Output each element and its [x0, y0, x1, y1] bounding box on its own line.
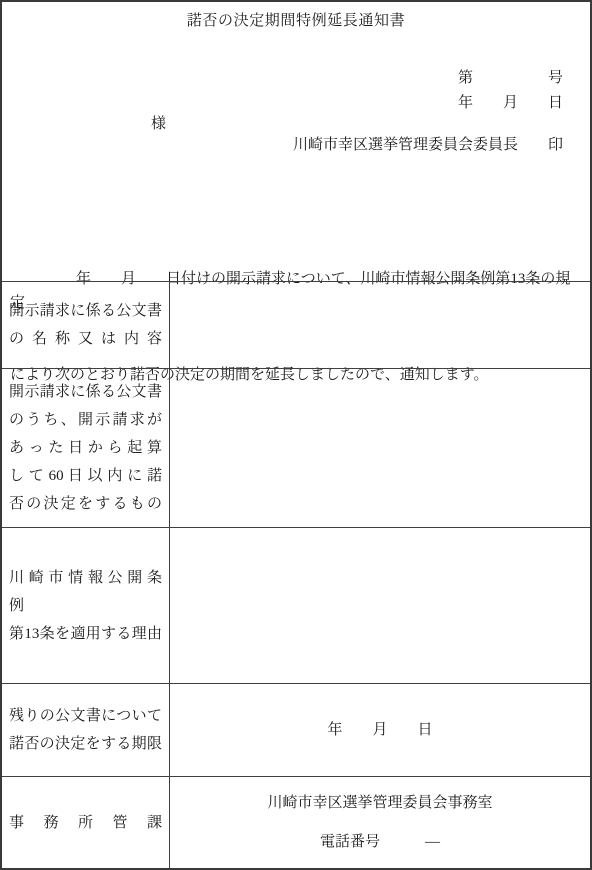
label-line: 第13条を適用する理由	[9, 620, 162, 648]
label-line: 事 務 所 管 課	[9, 809, 162, 837]
page-title: 諾否の決定期間特例延長通知書	[2, 11, 590, 31]
row-label: 事 務 所 管 課	[2, 777, 170, 868]
table-row-decision-deadline-remaining-documents: 残りの公文書について 諾否の決定をする期限 年 月 日	[2, 684, 590, 777]
label-line: 諾否の決定をする期限	[9, 730, 162, 758]
table-row-reason-applying-article-13: 川 崎 市 情 報 公 開 条 例 第13条を適用する理由	[2, 528, 590, 684]
table-row-administering-office: 事 務 所 管 課 川崎市幸区選挙管理委員会事務室 電話番号 ―	[2, 777, 590, 868]
label-line: し て 60 日 以 内 に 諾	[9, 462, 162, 490]
row-value-deadline-date: 年 月 日	[170, 684, 590, 776]
doc-number-line: 第 号	[458, 68, 563, 88]
label-line: 否の決定をするもの	[9, 490, 162, 518]
label-line: 開示請求に係る公文書	[9, 378, 162, 406]
row-label: 川 崎 市 情 報 公 開 条 例 第13条を適用する理由	[2, 528, 170, 683]
label-line: 残りの公文書について	[9, 702, 162, 730]
label-line: のうち、開示請求が	[9, 406, 162, 434]
table-row-document-name-or-content: 開示請求に係る公文書 の 名 称 又 は 内 容	[2, 282, 590, 369]
issuer-seal-line: 川崎市幸区選挙管理委員会委員長 印	[293, 135, 563, 155]
row-value-empty	[170, 528, 590, 683]
row-label: 開示請求に係る公文書 の 名 称 又 は 内 容	[2, 282, 170, 368]
row-label: 開示請求に係る公文書 のうち、開示請求が あ っ た 日 か ら 起 算 し て…	[2, 369, 170, 527]
issue-date-line: 年 月 日	[458, 93, 563, 113]
label-line: 川 崎 市 情 報 公 開 条 例	[9, 564, 162, 620]
label-line: の 名 称 又 は 内 容	[9, 325, 162, 353]
addressee-honorific: 様	[151, 114, 166, 134]
row-value-empty	[170, 369, 590, 527]
value-line-office-name: 川崎市幸区選挙管理委員会事務室	[267, 789, 492, 817]
value-line-phone-number: 電話番号 ―	[320, 828, 440, 856]
label-line: あ っ た 日 か ら 起 算	[9, 434, 162, 462]
table-row-documents-decided-within-60-days: 開示請求に係る公文書 のうち、開示請求が あ っ た 日 か ら 起 算 し て…	[2, 369, 590, 528]
value-line: 年 月 日	[327, 716, 432, 744]
notification-document-page: 諾否の決定期間特例延長通知書 第 号 年 月 日 様 川崎市幸区選挙管理委員会委…	[0, 0, 592, 870]
label-line: 開示請求に係る公文書	[9, 297, 162, 325]
row-value-empty	[170, 282, 590, 368]
row-value-office-contact: 川崎市幸区選挙管理委員会事務室 電話番号 ―	[170, 777, 590, 868]
form-table: 開示請求に係る公文書 の 名 称 又 は 内 容 開示請求に係る公文書 のうち、…	[2, 281, 590, 868]
row-label: 残りの公文書について 諾否の決定をする期限	[2, 684, 170, 776]
